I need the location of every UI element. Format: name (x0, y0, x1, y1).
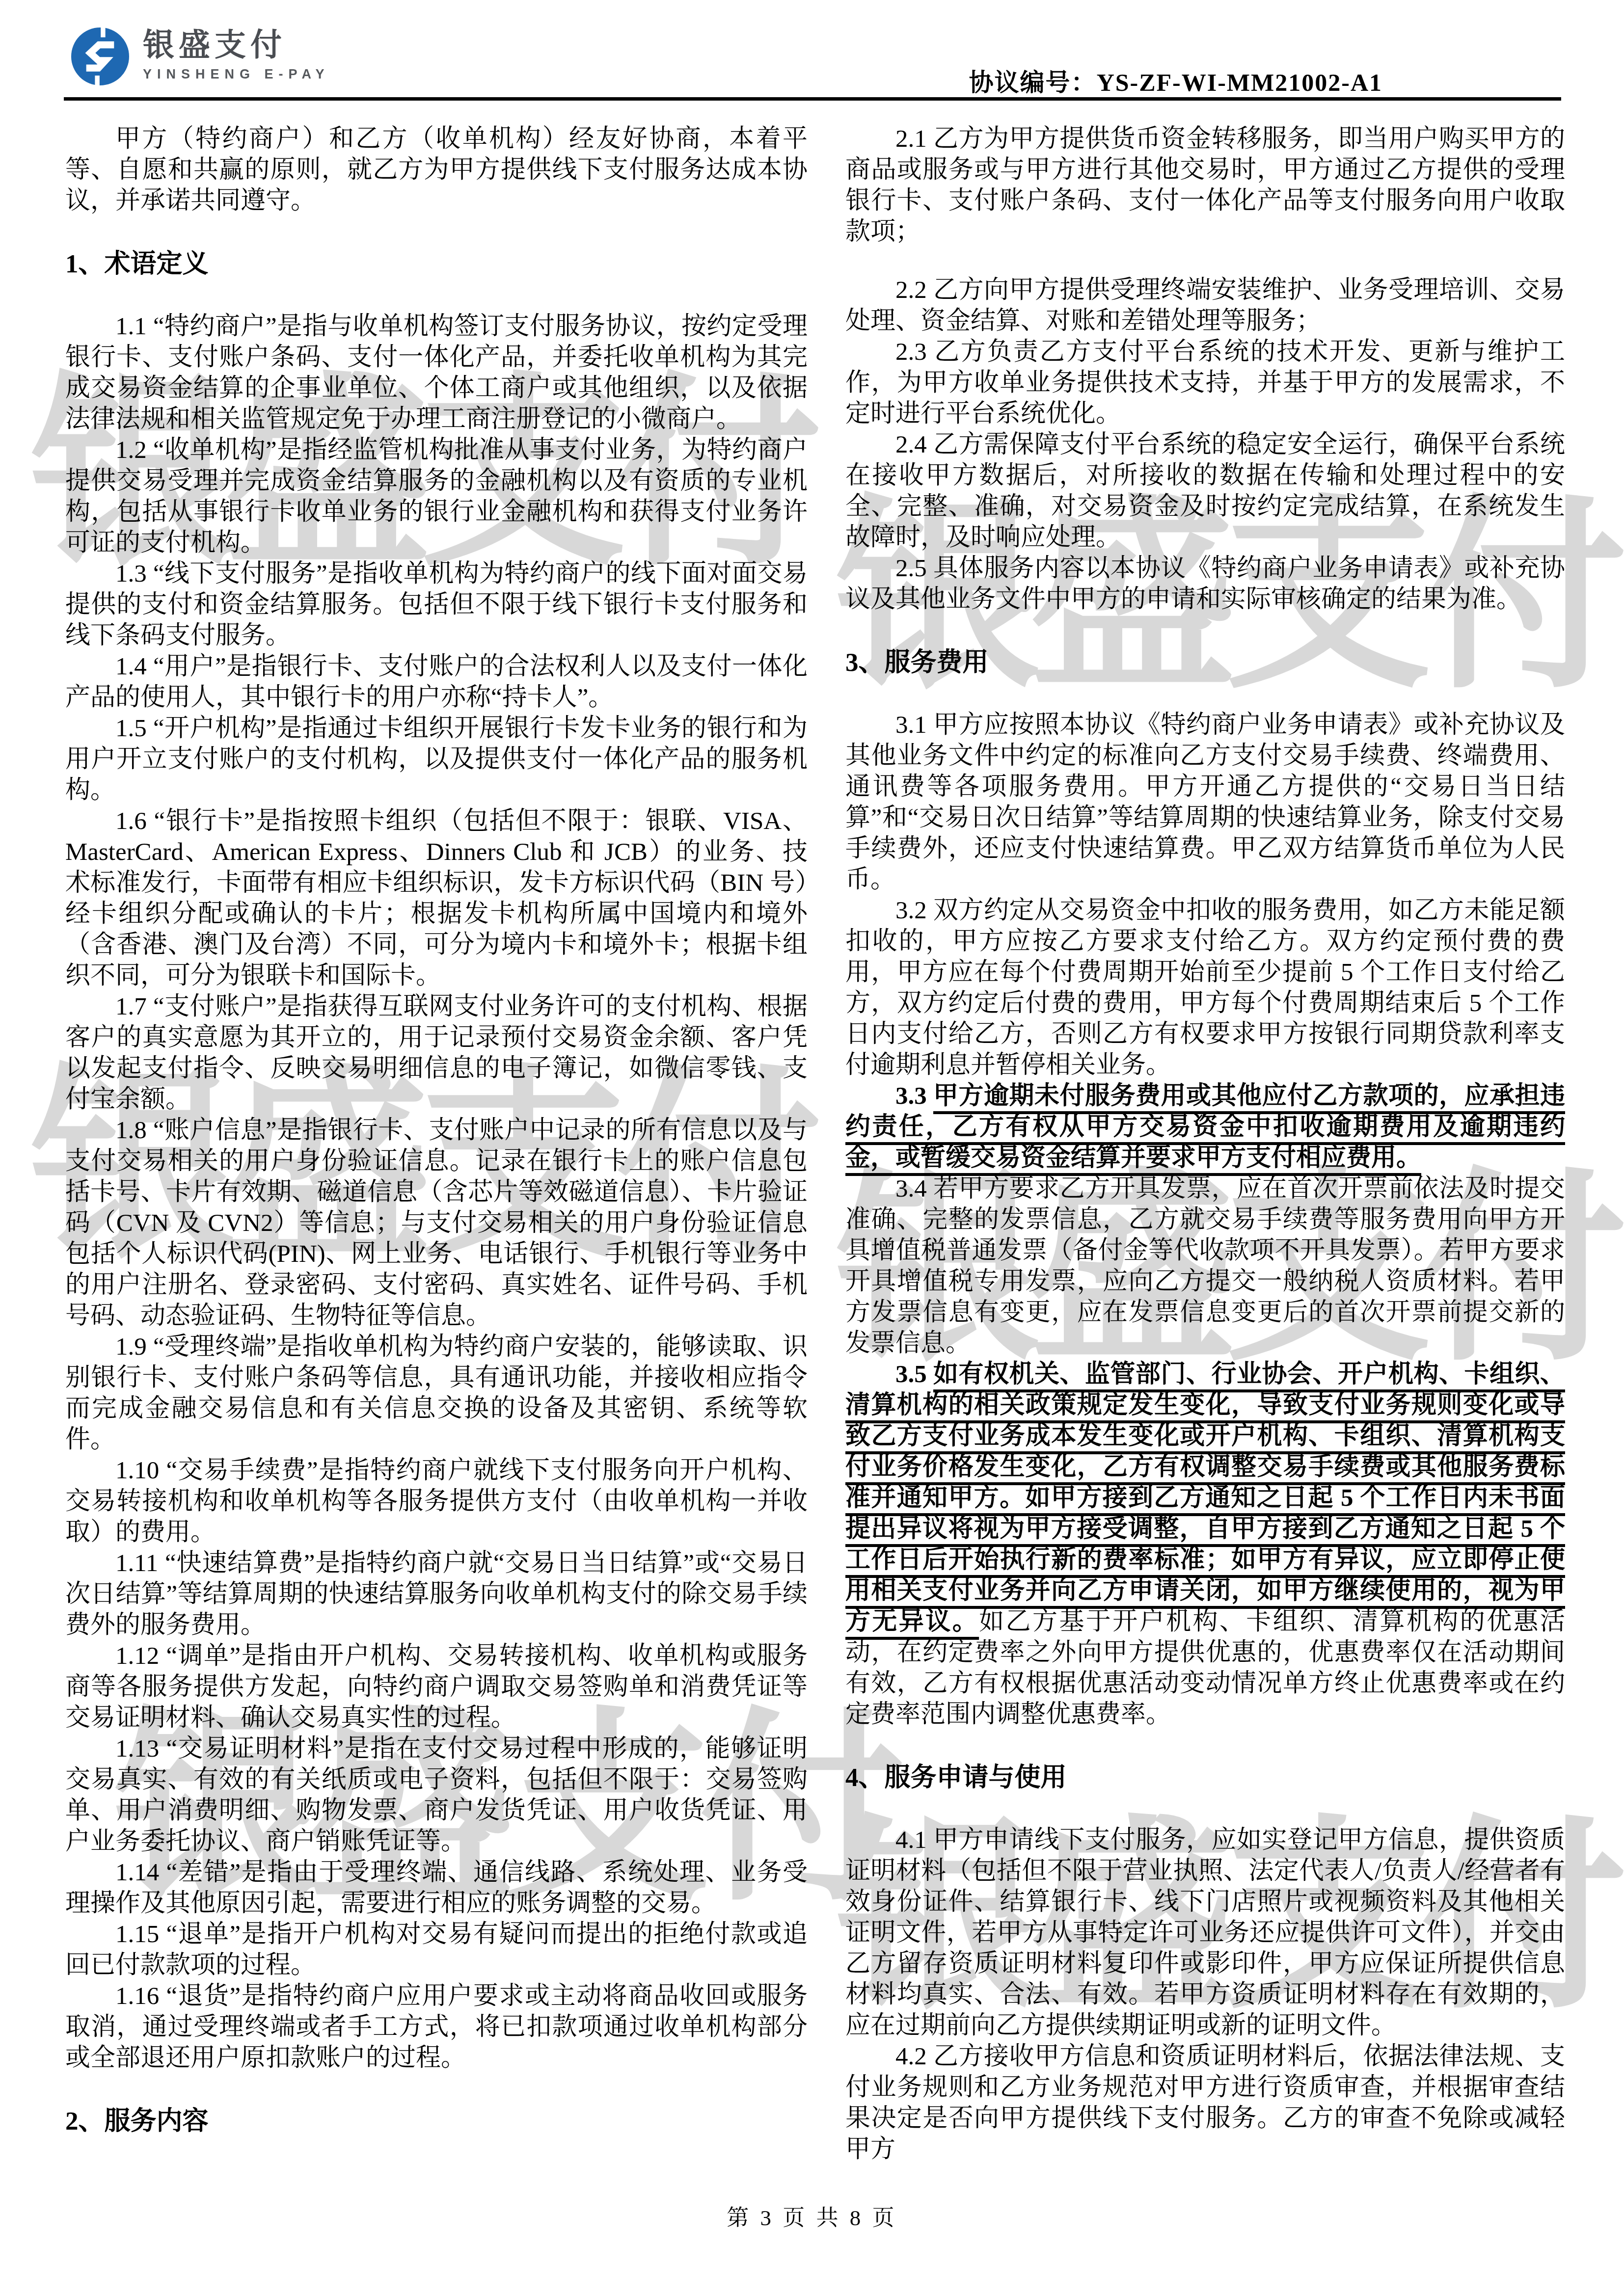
clause-text: 1.1 “特约商户”是指与收单机构签订支付服务协议，按约定受理银行卡、支付账户条… (65, 313, 808, 433)
paragraph: 1.5 “开户机构”是指通过卡组织开展银行卡发卡业务的银行和为用户开立支付账户的… (65, 713, 808, 806)
paragraph: 2.4 乙方需保障支付平台系统的稳定安全运行，确保平台系统在接收甲方数据后，对所… (845, 429, 1565, 553)
paragraph: 1.14 “差错”是指由于受理终端、通信线路、系统处理、业务受理操作及其他原因引… (65, 1857, 808, 1919)
underlined-clause-text: 如有权机关、监管部门、行业协会、开户机构、卡组织、清算机构的相关政策规定发生变化… (845, 1361, 1565, 1635)
left-column: 甲方（特约商户）和乙方（收单机构）经友好协商，本着平等、自愿和共赢的原则，就乙方… (65, 124, 808, 2168)
section-heading: 4、服务申请与使用 (845, 1762, 1565, 1793)
clause-text: 3.3 (895, 1082, 933, 1110)
paragraph: 1.6 “银行卡”是指按照卡组织（包括但不限于：银联、VISA、MasterCa… (65, 806, 808, 991)
paragraph: 3.5 如有权机关、监管部门、行业协会、开户机构、卡组织、清算机构的相关政策规定… (845, 1359, 1565, 1730)
paragraph: 1.12 “调单”是指由开户机构、交易转接机构、收单机构或服务商等各服务提供方发… (65, 1641, 808, 1734)
clause-text: 1.12 “调单”是指由开户机构、交易转接机构、收单机构或服务商等各服务提供方发… (65, 1642, 808, 1732)
paragraph: 1.10 “交易手续费”是指特约商户就线下支付服务向开户机构、交易转接机构和收单… (65, 1455, 808, 1548)
page-number: 第 3 页 共 8 页 (0, 2200, 1624, 2232)
yinsheng-logo-icon (71, 27, 129, 85)
paragraph: 3.3 甲方逾期未付服务费用或其他应付乙方款项的，应承担违约责任，乙方有权从甲方… (845, 1081, 1565, 1174)
clause-text: 4.1 甲方申请线下支付服务，应如实登记甲方信息，提供资质证明材料（包括但不限于… (845, 1826, 1565, 2039)
clause-text: 1.16 “退货”是指特约商户应用户要求或主动将商品收回或服务取消，通过受理终端… (65, 1982, 808, 2072)
clause-text: 2.3 乙方负责乙方支付平台系统的技术开发、更新与维护工作，为甲方收单业务提供技… (845, 338, 1565, 427)
right-column: 2.1 乙方为甲方提供货币资金转移服务，即当用户购买甲方的商品或服务或与甲方进行… (845, 124, 1565, 2165)
paragraph: 甲方（特约商户）和乙方（收单机构）经友好协商，本着平等、自愿和共赢的原则，就乙方… (65, 124, 808, 216)
section-heading: 2、服务内容 (65, 2106, 808, 2137)
paragraph: 3.4 若甲方要求乙方开具发票，应在首次开票前依法及时提交准确、完整的发票信息，… (845, 1174, 1565, 1359)
section-heading: 1、术语定义 (65, 249, 808, 280)
paragraph: 1.15 “退单”是指开户机构对交易有疑问而提出的拒绝付款或追回已付款款项的过程… (65, 1919, 808, 1981)
paragraph: 1.9 “受理终端”是指收单机构为特约商户安装的，能够读取、识别银行卡、支付账户… (65, 1332, 808, 1455)
paragraph: 1.8 “账户信息”是指银行卡、支付账户中记录的所有信息以及与支付交易相关的用户… (65, 1115, 808, 1332)
clause-text: 1.6 “银行卡”是指按照卡组织（包括但不限于：银联、VISA、MasterCa… (65, 807, 808, 989)
underlined-clause-text: 甲方逾期未付服务费用或其他应付乙方款项的，应承担违约责任，乙方有权从甲方交易资金… (845, 1082, 1565, 1172)
clause-text: 2.5 具体服务内容以本协议《特约商户业务申请表》或补充协议及其他业务文件中甲方… (845, 555, 1565, 613)
paragraph: 2.3 乙方负责乙方支付平台系统的技术开发、更新与维护工作，为甲方收单业务提供技… (845, 337, 1565, 429)
header-divider (64, 97, 1561, 101)
agreement-number-label: 协议编号： (969, 69, 1097, 96)
clause-text: 1.3 “线下支付服务”是指收单机构为特约商户的线下面对面交易提供的支付和资金结… (65, 560, 808, 649)
paragraph: 4.2 乙方接收甲方信息和资质证明材料后，依据法律法规、支付业务规则和乙方业务规… (845, 2041, 1565, 2165)
paragraph: 2.2 乙方向甲方提供受理终端安装维护、业务受理培训、交易处理、资金结算、对账和… (845, 275, 1565, 337)
clause-text: 1.5 “开户机构”是指通过卡组织开展银行卡发卡业务的银行和为用户开立支付账户的… (65, 715, 808, 804)
logo-name-en: YINSHENG E-PAY (143, 67, 330, 81)
paragraph: 3.1 甲方应按照本协议《特约商户业务申请表》或补充协议及其他业务文件中约定的标… (845, 710, 1565, 895)
section-heading: 3、服务费用 (845, 647, 1565, 678)
clause-text: 1.15 “退单”是指开户机构对交易有疑问而提出的拒绝付款或追回已付款款项的过程… (65, 1921, 808, 1979)
clause-text: 3.1 甲方应按照本协议《特约商户业务申请表》或补充协议及其他业务文件中约定的标… (845, 711, 1565, 893)
clause-text: 3.4 若甲方要求乙方开具发票，应在首次开票前依法及时提交准确、完整的发票信息，… (845, 1175, 1565, 1357)
paragraph: 3.2 双方约定从交易资金中扣收的服务费用，如乙方未能足额扣收的，甲方应按乙方要… (845, 895, 1565, 1081)
paragraph: 1.1 “特约商户”是指与收单机构签订支付服务协议，按约定受理银行卡、支付账户条… (65, 311, 808, 435)
logo-name-cn: 银盛支付 (143, 27, 330, 62)
yinsheng-logo: 银盛支付 YINSHENG E-PAY (71, 27, 330, 85)
clause-text: 1.2 “收单机构”是指经监管机构批准从事支付业务，为特约商户提供交易受理并完成… (65, 436, 808, 557)
paragraph: 1.4 “用户”是指银行卡、支付账户的合法权利人以及支付一体化产品的使用人，其中… (65, 651, 808, 713)
paragraph: 2.5 具体服务内容以本协议《特约商户业务申请表》或补充协议及其他业务文件中甲方… (845, 553, 1565, 615)
clause-text: 4.2 乙方接收甲方信息和资质证明材料后，依据法律法规、支付业务规则和乙方业务规… (845, 2043, 1565, 2163)
clause-text: 1.14 “差错”是指由于受理终端、通信线路、系统处理、业务受理操作及其他原因引… (65, 1859, 808, 1917)
clause-text: 1.9 “受理终端”是指收单机构为特约商户安装的，能够读取、识别银行卡、支付账户… (65, 1333, 808, 1453)
clause-text: 甲方（特约商户）和乙方（收单机构）经友好协商，本着平等、自愿和共赢的原则，就乙方… (65, 125, 808, 214)
clause-text: 3.5 (895, 1361, 933, 1388)
clause-text: 1.8 “账户信息”是指银行卡、支付账户中记录的所有信息以及与支付交易相关的用户… (65, 1117, 808, 1330)
clause-text: 2.2 乙方向甲方提供受理终端安装维护、业务受理培训、交易处理、资金结算、对账和… (845, 276, 1565, 335)
paragraph: 1.11 “快速结算费”是指特约商户就“交易日当日结算”或“交易日次日结算”等结… (65, 1548, 808, 1641)
clause-text: 2.4 乙方需保障支付平台系统的稳定安全运行，确保平台系统在接收甲方数据后，对所… (845, 431, 1565, 551)
logo-text: 银盛支付 YINSHENG E-PAY (143, 27, 330, 81)
clause-text: 1.7 “支付账户”是指获得互联网支付业务许可的支付机构、根据客户的真实意愿为其… (65, 993, 808, 1113)
paragraph: 1.3 “线下支付服务”是指收单机构为特约商户的线下面对面交易提供的支付和资金结… (65, 559, 808, 651)
contract-document-page: 银盛支付 银盛支付 银盛支付 银盛支付 银盛支付 银盛支付 银盛支付 YINSH… (0, 0, 1624, 2296)
clause-text: 1.13 “交易证明材料”是指在支付交易过程中形成的，能够证明交易真实、有效的有… (65, 1735, 808, 1855)
clause-text: 3.2 双方约定从交易资金中扣收的服务费用，如乙方未能足额扣收的，甲方应按乙方要… (845, 897, 1565, 1079)
paragraph: 1.7 “支付账户”是指获得互联网支付业务许可的支付机构、根据客户的真实意愿为其… (65, 991, 808, 1115)
paragraph: 1.2 “收单机构”是指经监管机构批准从事支付业务，为特约商户提供交易受理并完成… (65, 435, 808, 559)
paragraph: 2.1 乙方为甲方提供货币资金转移服务，即当用户购买甲方的商品或服务或与甲方进行… (845, 124, 1565, 247)
clause-text: 2.1 乙方为甲方提供货币资金转移服务，即当用户购买甲方的商品或服务或与甲方进行… (845, 125, 1565, 245)
paragraph: 1.16 “退货”是指特约商户应用户要求或主动将商品收回或服务取消，通过受理终端… (65, 1981, 808, 2074)
agreement-number-value: YS-ZF-WI-MM21002-A1 (1097, 69, 1382, 96)
agreement-number: 协议编号：YS-ZF-WI-MM21002-A1 (969, 63, 1382, 98)
clause-text: 1.11 “快速结算费”是指特约商户就“交易日当日结算”或“交易日次日结算”等结… (65, 1549, 808, 1639)
clause-text: 1.10 “交易手续费”是指特约商户就线下支付服务向开户机构、交易转接机构和收单… (65, 1457, 808, 1546)
clause-text: 1.4 “用户”是指银行卡、支付账户的合法权利人以及支付一体化产品的使用人，其中… (65, 653, 808, 711)
paragraph: 4.1 甲方申请线下支付服务，应如实登记甲方信息，提供资质证明材料（包括但不限于… (845, 1825, 1565, 2041)
paragraph: 1.13 “交易证明材料”是指在支付交易过程中形成的，能够证明交易真实、有效的有… (65, 1734, 808, 1857)
